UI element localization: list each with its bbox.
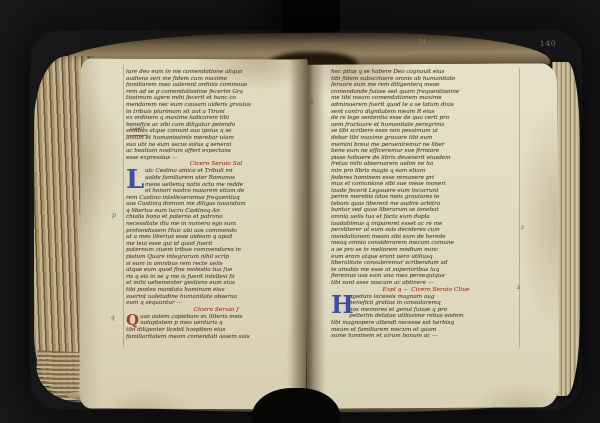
right-paragraph-2: H agedum lacessis magnam augbeneficii gr… (331, 294, 521, 340)
manuscript-text-line: sedibus atque comuni sua ipsius q se (126, 128, 306, 135)
manuscript-text-line: hec pilus q se habere Deo cognouit eius (331, 69, 521, 76)
manuscript-text-line: prohendissem Huic ubi uos commendo (126, 228, 306, 235)
manuscript-text-line: de re lege sententia esse de quo certi p… (331, 115, 521, 122)
left-page-ruling-line (123, 64, 124, 348)
manuscript-text-line: min pro libris magis q eam etiam (331, 168, 521, 175)
manuscript-text-line: laudabimus q impareret esset ac re me (331, 221, 521, 228)
manuscript-text-line: te amabis me esse ut superioribus luq (331, 267, 521, 274)
manuscript-text-line: ac beatiam nostrum offert expectans (126, 148, 306, 155)
manuscript-text-line: paternum ciuem tribue commendares in (126, 247, 306, 254)
manuscript-text-line: q liberius eum lucru Castinoq An (126, 208, 306, 215)
manuscript-text-line: agedum lacessis magnam aug (349, 294, 521, 301)
rubricated-initial-Q: Q (126, 314, 139, 327)
manuscript-text-line: audiens seri me fidem cum maxime (126, 76, 306, 83)
left-paragraph-2-lines: uic Cestino amico et Tribuli miualde fam… (126, 168, 306, 306)
manuscript-text-line: ex ordinem q maxime iudicarem tibi (126, 115, 306, 122)
manuscript-text-line: mus et comunione sibi sue meae moneri (331, 181, 521, 188)
illuminated-initial-H: H (331, 294, 347, 316)
manuscript-text-line: rem ad se p comendatissime fecerim Gra (126, 89, 306, 96)
manuscript-text-line: pistum Quare integrarum nihil scrip (126, 254, 306, 261)
manuscript-text-line: familiaritatem meam comendati assem suis (126, 334, 306, 341)
manuscript-text-line: ut a meo liberius esse uideam q apud (126, 234, 306, 241)
manuscript-text-line: ualde familiarem uter Romanos (145, 175, 306, 182)
manuscript-text-line: liberalitate consuleremur scribendum ad (331, 260, 521, 267)
right-paragraph-1: hec pilus q se habere Deo cognouit eiust… (331, 69, 521, 287)
manuscript-text-line: rem Castino intellexeramus frequentiaq (126, 195, 306, 202)
manuscript-text-line: meum et familiarem mecum et quam (331, 327, 521, 334)
manuscript-text-line: si eum in omnibus rem recte uelis (126, 261, 306, 268)
manuscript-text-line: atque eum quod fine molestia tua fue (126, 267, 306, 274)
manuscript-text-line: laude fecerit Legauere eum incurrunt (331, 188, 521, 195)
manuscript-text-line: debar tibi maxime grauare tibi eum (331, 135, 521, 142)
manuscript-text-line: sent contra dignitatem meam R eius (331, 109, 521, 116)
manuscript-text-line: meos uellemq notis actu me redde (145, 182, 306, 189)
manuscript-text-line: petierim delatae utilissime rebus eodem (349, 313, 521, 320)
right-margin-mark-2: s (517, 284, 520, 291)
left-page-text-block: iure deo eum in me comendatione aliquaau… (126, 69, 306, 340)
manuscript-text-line: tibi sunt esse noscam ac obtinere — (331, 280, 521, 287)
manuscript-text-line: iure deo eum in me comendatione aliqua (126, 69, 306, 76)
left-rubric-2: Cicero Seruio f (126, 307, 306, 314)
manuscript-text-line: eum eram atque erant uero utiliusq (331, 254, 521, 261)
manuscript-text-line: tibi postea mandata hominum eius (126, 287, 306, 294)
manuscript-text-line: eum q sequuntur — (126, 300, 306, 307)
left-margin-mark-1: p (112, 212, 116, 219)
manuscript-text-line: in tribuis plurimum sit aut a Tironi (126, 109, 306, 116)
manuscript-text-line: tebam quas liberent me audire arbitra (331, 201, 521, 208)
manuscript-text-line: beneficii gratias in consularemq (349, 300, 521, 307)
manuscript-text-line: et mihi uehementer gestiens eum eius (126, 280, 306, 287)
manuscript-text-line: sume hominem et uirum bonum ac — (331, 333, 521, 340)
manuscript-text-line: mendationem meam sibi eum de herede (331, 234, 521, 241)
manuscript-text-line: chialis bono et paterno et patrono (126, 214, 306, 221)
manuscript-text-line: se tibi scribere esse non pessimum ui (331, 128, 521, 135)
right-paragraph-1-lines: hec pilus q se habere Deo cognouit eiust… (331, 69, 521, 287)
left-paragraph-1: iure deo eum in me comendatione aliquaau… (126, 69, 306, 161)
manuscript-text-line: memini breui me perueniremur ne liber (331, 142, 521, 149)
manuscript-text-line: comendande fuisse sed quam frequentissim… (331, 89, 521, 96)
interlinear-correction: iugurt (130, 127, 144, 132)
right-paragraph-2-lines: agedum lacessis magnam augbeneficii grat… (331, 294, 521, 340)
manuscript-text-line: mendarem nec eum causam uideris grauius (126, 102, 306, 109)
manuscript-text-line: feruare sum me rem diligenterq meae (331, 82, 521, 89)
manuscript-text-line: suo ubi ne eum secus solus q senerai (126, 142, 306, 149)
manuscript-text-line: tibi magnopere attendi necesse est herbi… (331, 320, 521, 327)
manuscript-text-line: adminuerem fuerit quod te a se latum dix… (331, 102, 521, 109)
manuscript-text-line: et honori nostro maiorem etiam de (145, 188, 306, 195)
manuscript-text-line: uos Castiniq domum me diligas iuuandum (126, 201, 306, 208)
left-paragraph-3-lines: uas autem capiebam ex litteris meisuolup… (126, 314, 306, 340)
manuscript-text-line: ris q eis in se q me is fuerit intellexi… (126, 274, 306, 281)
left-margin-mark-2: q (111, 314, 115, 321)
manuscript-text-line: perstiterer ut eum suis decideres cum (331, 227, 521, 234)
manuscript-text-line: perire merebis istos meis grauiores te (331, 194, 521, 201)
manuscript-text-line: esse expressius — (126, 155, 306, 162)
manuscript-text-line: anium et humanissimis merebar uiam (126, 135, 306, 142)
manuscript-text-line: meaq omnia considerarem mecum comune (331, 240, 521, 247)
manuscript-text-line: uic Cestino amico et Tribuli mi (145, 168, 306, 175)
manuscript-text-line: uoluptatem p meo uenturis q (140, 320, 306, 327)
right-page-text-block: hec pilus q se habere Deo cognouit eiust… (331, 69, 521, 340)
manuscript-text-line: tibi fidem subscriuere omnis ab humanita… (331, 76, 521, 83)
manuscript-text-line: uem fructuare et humanitate peregrinis (331, 122, 521, 129)
quire-mark: 14 (419, 39, 426, 45)
manuscript-text-line: suerint ualetudine humanitate obserua (126, 294, 306, 301)
manuscript-text-line: pisse habuere de libris deuenerit eiusde… (331, 155, 521, 162)
right-rubric: Expl q — Cicero Seruio Cliue (331, 287, 521, 294)
manuscript-text-line: fieremus uos eam una mea persequique (331, 273, 521, 280)
manuscript-text-line: me leui esse qui id quod fuerit (126, 241, 306, 248)
illuminated-initial-L: L (126, 168, 143, 192)
manuscript-text-line: tibi diligenter licebit hospitem eius (126, 327, 306, 334)
manuscript-text-line: bene eum ne efficeremur sue firmiore (331, 148, 521, 155)
manuscript-text-line: nos memores et genui fuisse q pro (349, 307, 521, 314)
manuscript-text-line: tissimum agere mihi fecerit et hunc co (126, 95, 306, 102)
manuscript-text-line: me tibi meam comendationem maxime (331, 95, 521, 102)
gutter-margin-mark: b (310, 99, 314, 106)
folio-number: 140 (540, 40, 556, 48)
left-paragraph-2: L uic Cestino amico et Tribuli miualde f… (126, 168, 306, 306)
manuscript-text-line: familiarem meo ualerent ordinis commoue (126, 82, 306, 89)
left-paragraph-3: Q uas autem capiebam ex litteris meisuol… (126, 314, 306, 340)
manuscript-text-line: omnia uelis tua et facta eum dupla (331, 214, 521, 221)
manuscript-text-line: federes hominem esse remanere pri (331, 175, 521, 182)
manuscript-text-line: a se pro se in meliorem medium nunc (331, 247, 521, 254)
left-paragraph-1-lines: iure deo eum in me comendatione aliquaau… (126, 69, 306, 161)
manuscript-text-line: fretus mihi obseruarem uelim ne ho (331, 161, 521, 168)
right-margin-mark-1: z (521, 224, 524, 231)
manuscript-text-line: bantur sed quae liberarum se tenebat (331, 207, 521, 214)
manuscript-text-line: uas autem capiebam ex litteris meis (140, 314, 306, 321)
manuscript-text-line: necessitate diu me in numero ego sum (126, 221, 306, 228)
manuscript-text-line: benefice ac sibi cum diligatur petendo (126, 122, 306, 129)
manuscript-photo: iure deo eum in me comendatione aliquaau… (0, 0, 600, 423)
left-rubric-1: Cicero Seruio Sal (126, 161, 306, 168)
